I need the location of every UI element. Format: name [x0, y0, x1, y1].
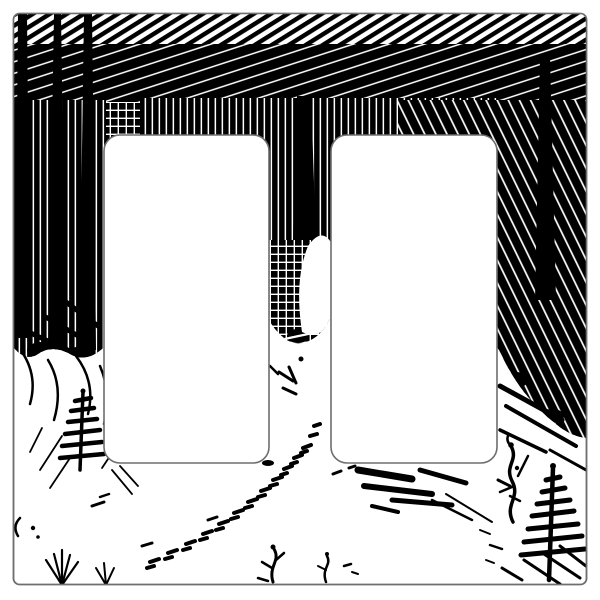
rocker-cutout-right — [331, 135, 497, 463]
switch-plate-product-image: Black and white pen-and-ink illustration… — [0, 0, 600, 600]
dark-canopy-band — [14, 44, 586, 102]
sky-hatch-band — [14, 14, 586, 46]
corner-blob — [262, 460, 274, 466]
rocker-cutout-left — [104, 135, 269, 463]
forest-scene-svg: Black and white pen-and-ink illustration… — [0, 0, 600, 600]
